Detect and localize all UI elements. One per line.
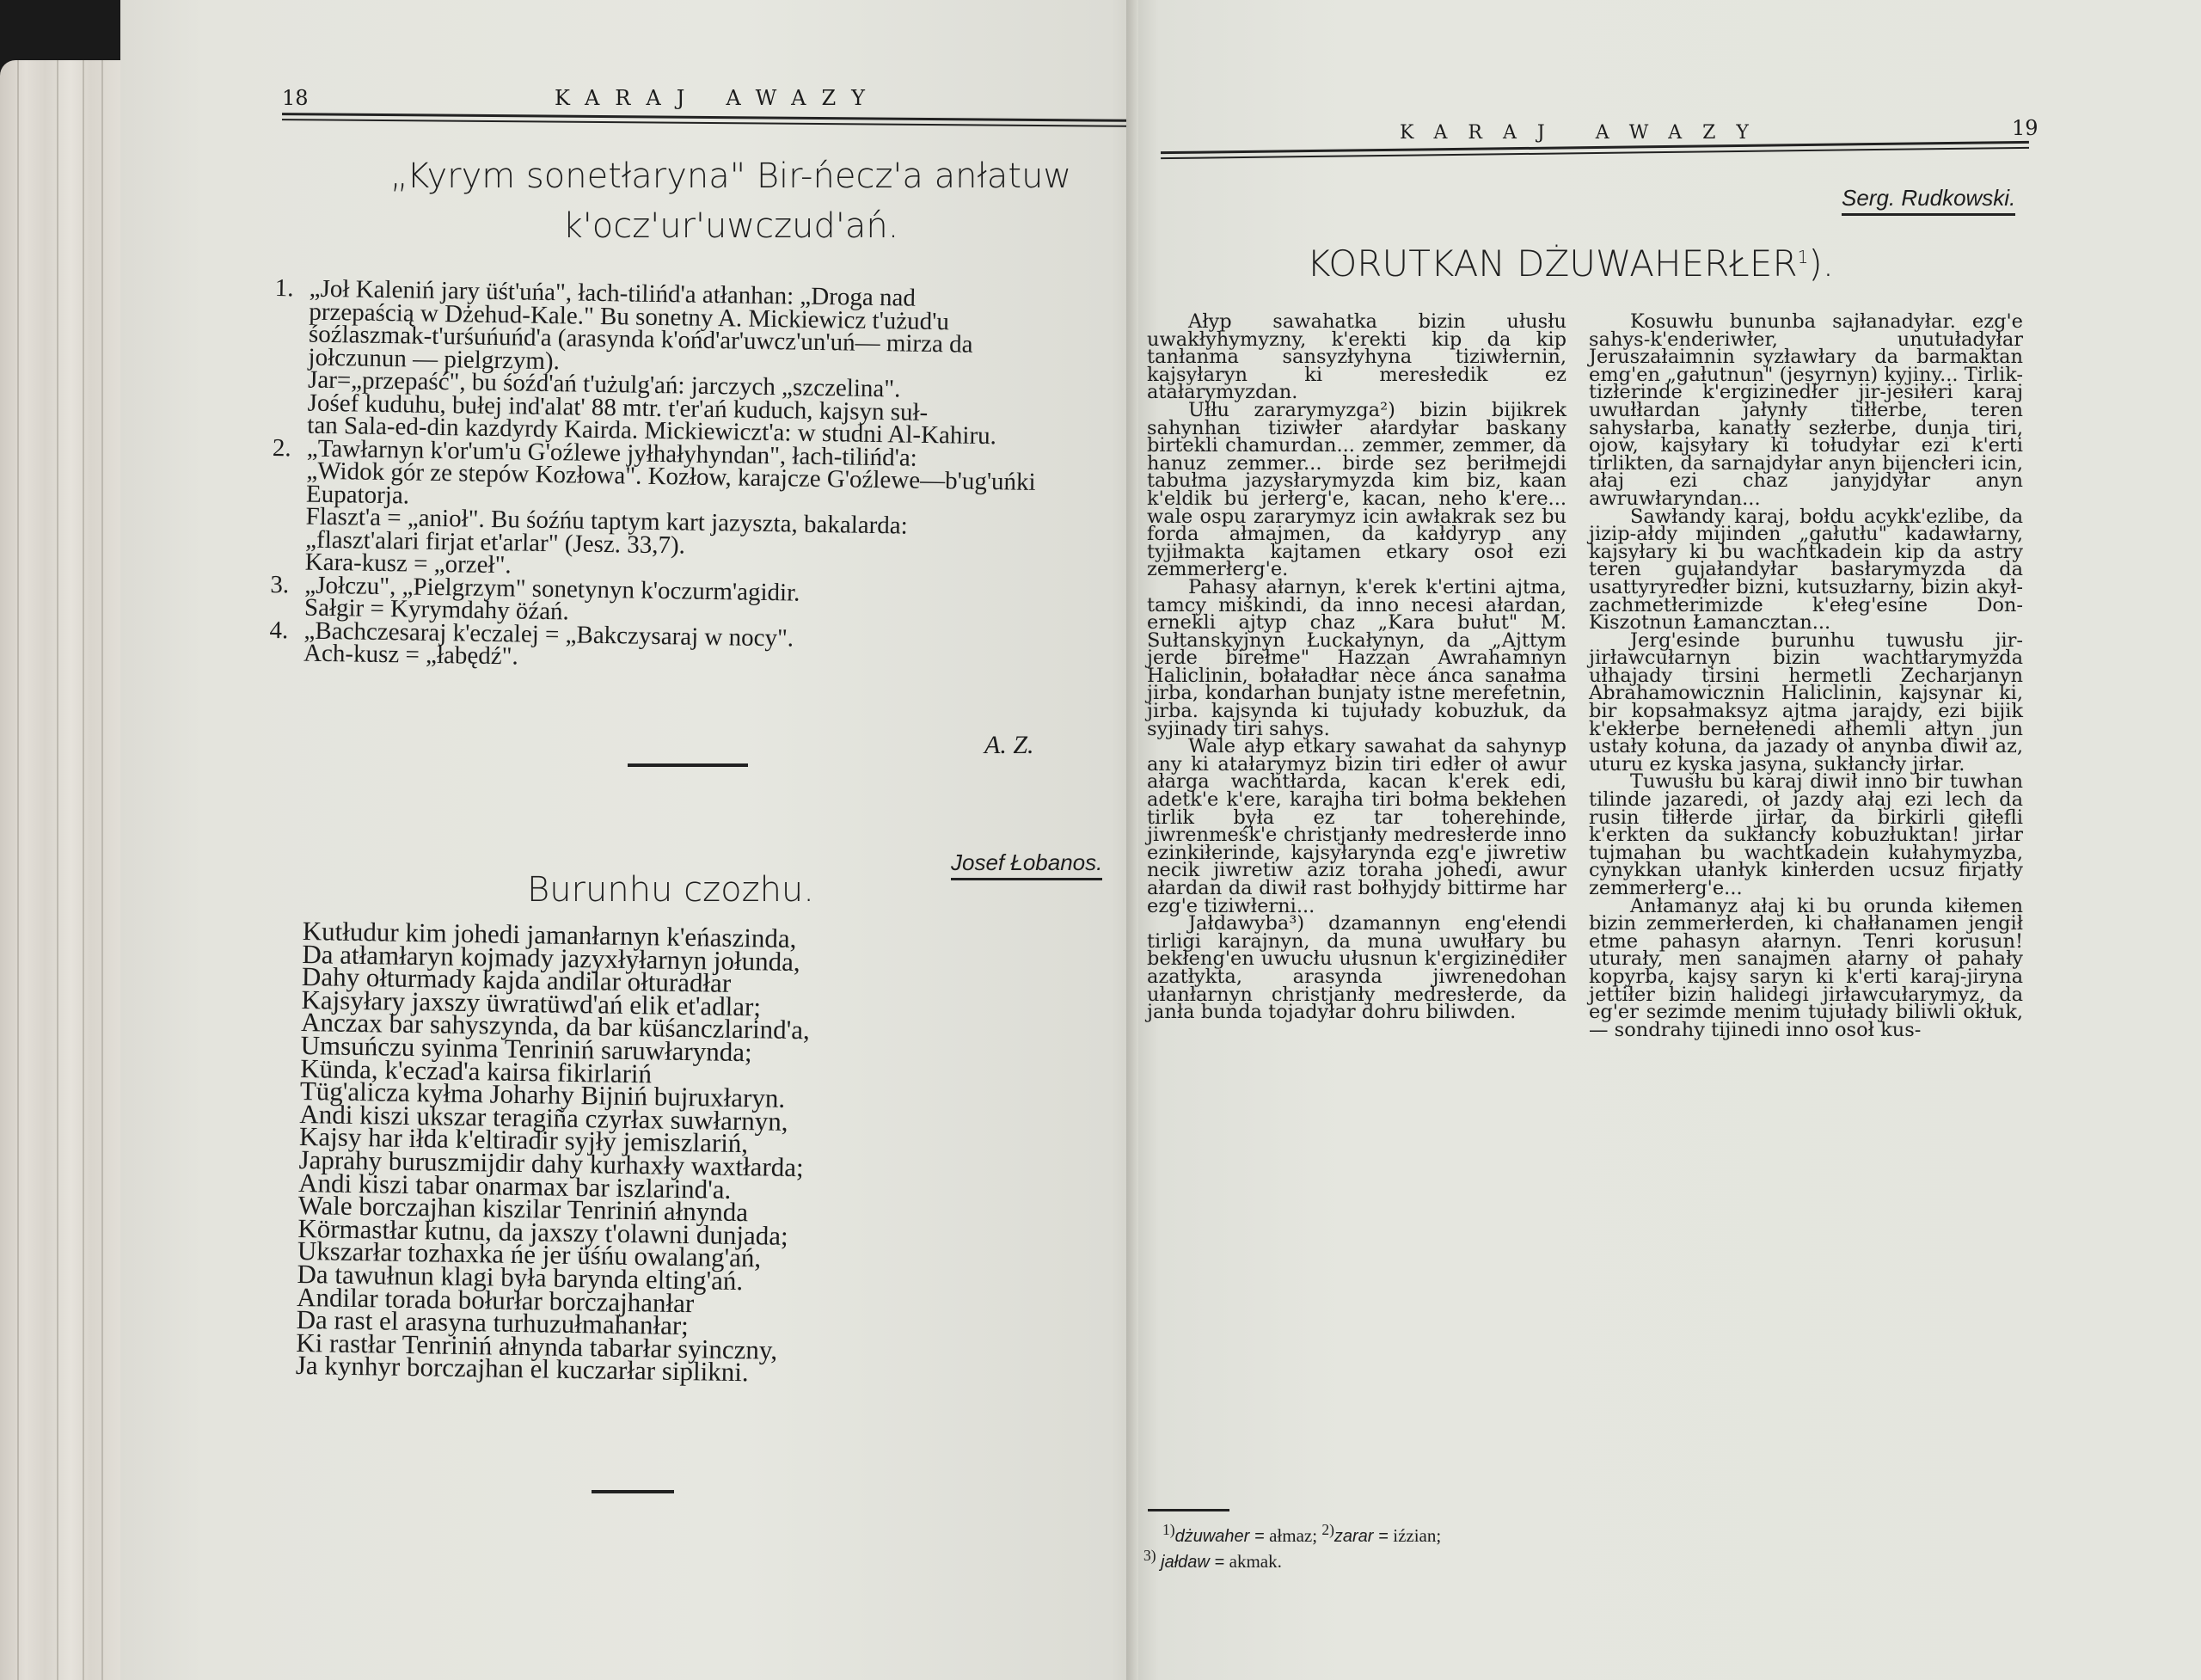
- paragraph: Anłamanyz ałaj ki bu orunda kiłemen bizi…: [1589, 898, 2023, 1039]
- page-edge: [57, 60, 58, 1680]
- paragraph: Sawłandy karaj, bołdu acykk'ezlibe, da j…: [1589, 508, 2023, 632]
- paragraph: Ałyp sawahatka bizin ułusłu uwakłyhymyzn…: [1147, 313, 1566, 402]
- right-column-1: Ałyp sawahatka bizin ułusłu uwakłyhymyzn…: [1147, 313, 1566, 1021]
- note-number: 3.: [270, 573, 289, 596]
- section-divider: [628, 763, 748, 767]
- article2-poem: Kutłudur kim johedi jamanłarnyn k'eńaszi…: [296, 920, 812, 1385]
- left-page-number: 18: [282, 86, 309, 110]
- left-running-head: KARAJ AWAZY: [555, 86, 880, 110]
- article2-author: Josef Łobanos.: [951, 849, 1102, 880]
- page-edge: [101, 60, 103, 1680]
- note-item: 2.„Tawłarnyn k'or'um'u G'oźlewe jyłhałyh…: [271, 436, 1137, 586]
- paragraph: Pahasy ałarnyn, k'erek k'ertini ajtma, t…: [1147, 579, 1566, 738]
- right-article-author: Serg. Rudkowski.: [1842, 185, 2015, 216]
- right-article-title-text: KORUTKAN DŻUWAHERŁER: [1307, 242, 1798, 285]
- right-article-title: KORUTKAN DŻUWAHERŁER1).: [1307, 242, 1926, 285]
- right-page-number: 19: [2012, 116, 2039, 140]
- page-edge: [17, 60, 19, 1680]
- note-number: 4.: [269, 618, 288, 641]
- footnote-meaning: ałmaz;: [1269, 1525, 1321, 1546]
- poem-line: Ja kynhyr borczajhan el kuczarłar siplik…: [296, 1354, 805, 1385]
- footnote-ref: 3): [1143, 1547, 1156, 1564]
- paragraph: Tuwusłu bu karaj diwił inno bir tuwhan t…: [1589, 773, 2023, 897]
- note-number: 2.: [273, 436, 291, 459]
- title-paren: ).: [1808, 242, 1834, 285]
- article2-title: Burunhu czozhu.: [499, 870, 843, 910]
- footnotes: 1)dżuwaher = ałmaz; 2)zarar = iźzian; 3)…: [1143, 1520, 1573, 1572]
- footnote-term: dżuwaher =: [1175, 1527, 1270, 1546]
- page-stack-edges: [0, 60, 129, 1680]
- paragraph: Wale ałyp etkary sawahat da sahynyp any …: [1147, 738, 1566, 915]
- note-number: 1.: [275, 277, 294, 300]
- paragraph: Ułłu zararymyzga²) bizin bijikrek sahynh…: [1147, 402, 1566, 579]
- right-column-2: Kosuwłu bununba sajłanadyłar. ezg'e sahy…: [1589, 313, 2023, 1039]
- book-gutter: [1126, 0, 1138, 1680]
- article1-title-line1: „Kyrym sonetłaryna" Bir-ńecz'a anłatuw: [310, 156, 1152, 196]
- paragraph: Kosuwłu bununba sajłanadyłar. ezg'e sahy…: [1589, 313, 2023, 508]
- footnote-line: 3) jałdaw = akmak.: [1143, 1546, 1573, 1572]
- title-footnote-ref: 1: [1798, 247, 1809, 267]
- article1-notes: 1.„Joł Kaleniń jary üśt'uńa", łach-tiliń…: [269, 277, 1139, 678]
- paragraph: Jałdawyba³) dzamannyn eng'ełendi tirligi…: [1147, 915, 1566, 1021]
- footnote-meaning: akmak.: [1229, 1551, 1282, 1572]
- article1-signature: A. Z.: [984, 731, 1034, 760]
- article1-title-line2: k'ocz'ur'uwczud'ań.: [310, 206, 1152, 246]
- right-running-head: KARAJ AWAZY: [1400, 122, 1769, 144]
- poem-end-divider: [592, 1490, 674, 1493]
- left-page: [120, 0, 1152, 1680]
- footnote-term: jałdaw =: [1156, 1553, 1229, 1572]
- footnote-rule: [1148, 1509, 1229, 1511]
- note-item: 1.„Joł Kaleniń jary üśt'uńa", łach-tiliń…: [273, 277, 1139, 450]
- paragraph: Jerg'esinde burunhu tuwusłu jir-jirławcu…: [1589, 632, 2023, 774]
- footnote-line: 1)dżuwaher = ałmaz; 2)zarar = iźzian;: [1143, 1520, 1573, 1546]
- footnote-ref: 1): [1162, 1521, 1175, 1538]
- footnote-term: zarar =: [1334, 1527, 1393, 1546]
- page-edge: [83, 60, 84, 1680]
- footnote-meaning: iźzian;: [1393, 1525, 1441, 1546]
- footnote-ref: 2): [1321, 1521, 1334, 1538]
